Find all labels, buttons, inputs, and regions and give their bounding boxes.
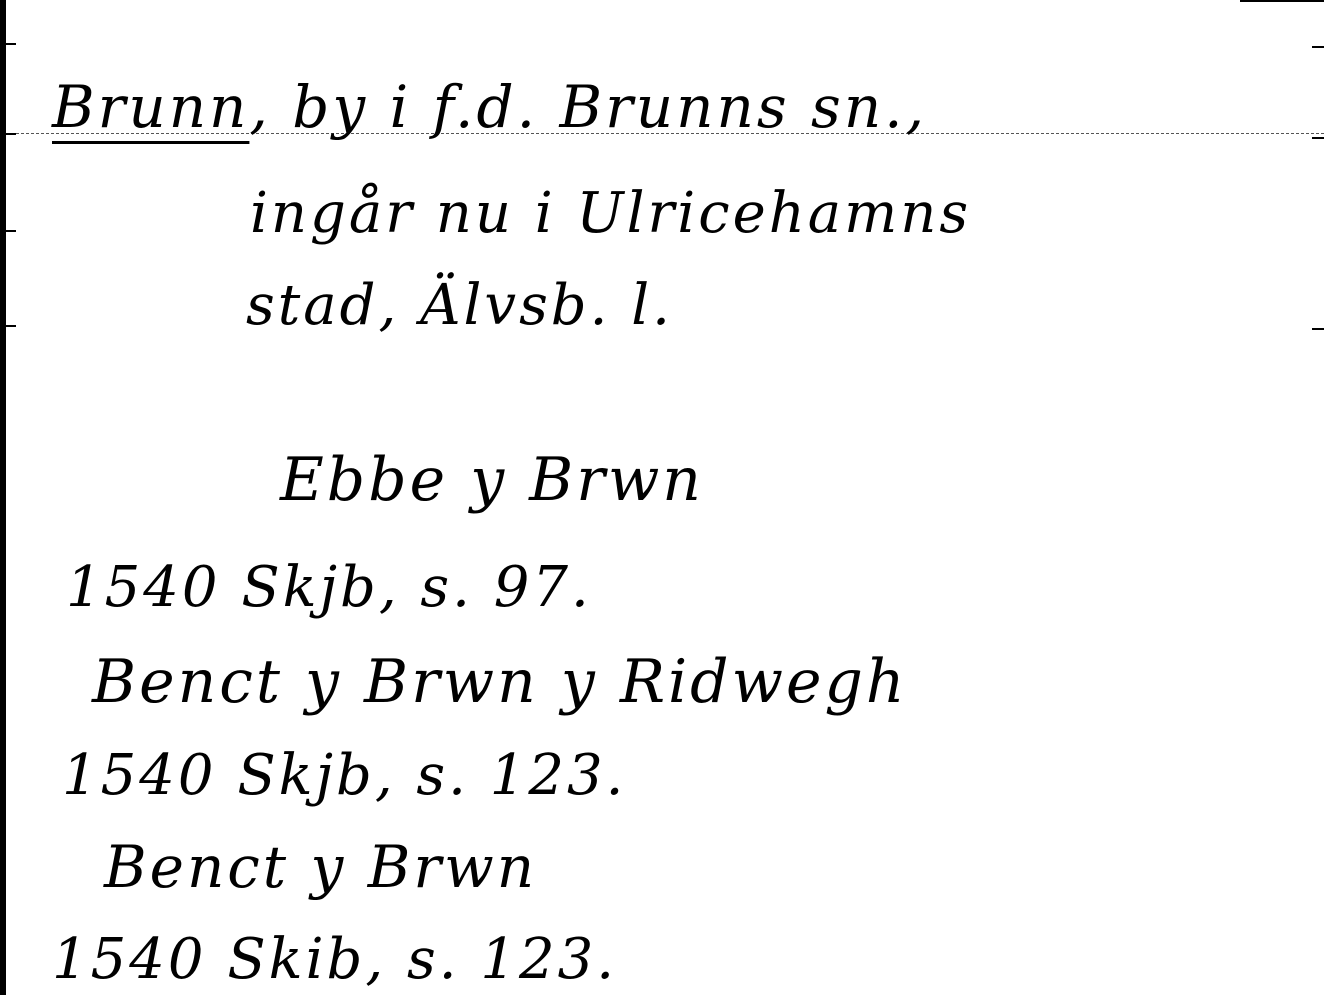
header-line-2: ingår nu i Ulricehamns <box>250 186 971 242</box>
card-top-edge-mark <box>1240 0 1324 2</box>
entry-form: Benct y Brwn <box>104 838 537 896</box>
entry-form: Benct y Brwn y Ridwegh <box>92 652 908 712</box>
headword: Brunn <box>52 73 249 141</box>
margin-tick <box>6 133 16 135</box>
entry-source: 1540 Skjb, s. 123. <box>62 748 626 804</box>
entry-source: 1540 Skib, s. 123. <box>52 932 617 988</box>
header-line-1: Brunn, by i f.d. Brunns sn., <box>52 78 927 136</box>
entry-source: 1540 Skjb, s. 97. <box>66 560 592 616</box>
margin-tick <box>1312 46 1324 48</box>
margin-tick <box>1312 137 1324 139</box>
header-description: , by i f.d. Brunns sn., <box>249 73 927 141</box>
card-left-border <box>0 0 6 995</box>
margin-tick <box>1312 328 1324 330</box>
margin-tick <box>6 43 16 45</box>
margin-tick <box>6 230 16 232</box>
margin-tick <box>6 325 16 327</box>
header-line-3: stad, Älvsb. l. <box>246 278 673 334</box>
index-card: Brunn, by i f.d. Brunns sn., ingår nu i … <box>0 0 1324 995</box>
entry-form: Ebbe y Brwn <box>280 450 704 510</box>
